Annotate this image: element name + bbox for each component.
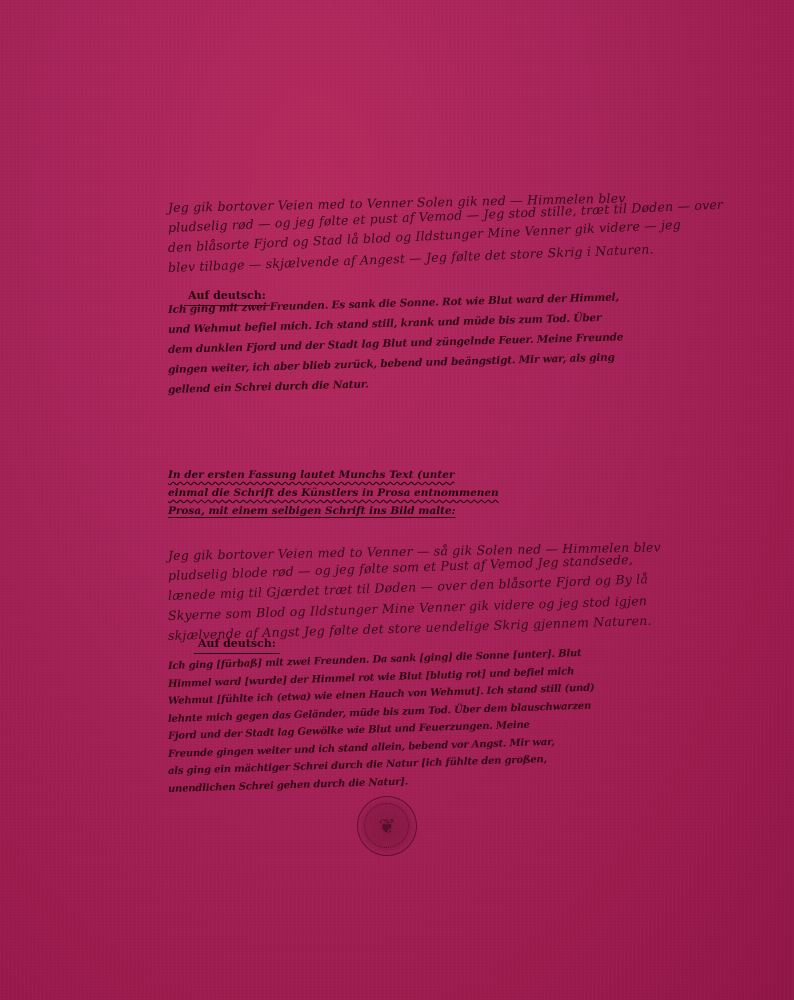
seal-stamp-icon: ❦ (357, 796, 417, 856)
manuscript-page: Jeg gik bortover Veien med to Venner Sol… (0, 0, 794, 1000)
german-translation-first: Ich ging mit zwei Freunden. Es sank die … (168, 300, 668, 400)
german-translation-second: Ich ging [fürbaß] mit zwei Freunden. Da … (168, 658, 628, 798)
seal-emblem-icon: ❦ (358, 797, 416, 855)
norwegian-text-first-version: Jeg gik bortover Veien med to Venner Sol… (168, 198, 648, 278)
translation-heading: Auf deutsch: (194, 636, 280, 654)
note-line: In der ersten Fassung lautet Munchs Text… (168, 466, 648, 484)
editorial-note: In der ersten Fassung lautet Munchs Text… (168, 466, 648, 520)
norwegian-text-second-version: Jeg gik bortover Veien med to Venner — s… (168, 546, 648, 646)
note-line: Prosa, mit einem selbigen Schrift ins Bi… (168, 502, 648, 520)
note-line: einmal die Schrift des Künstlers in Pros… (168, 484, 648, 502)
